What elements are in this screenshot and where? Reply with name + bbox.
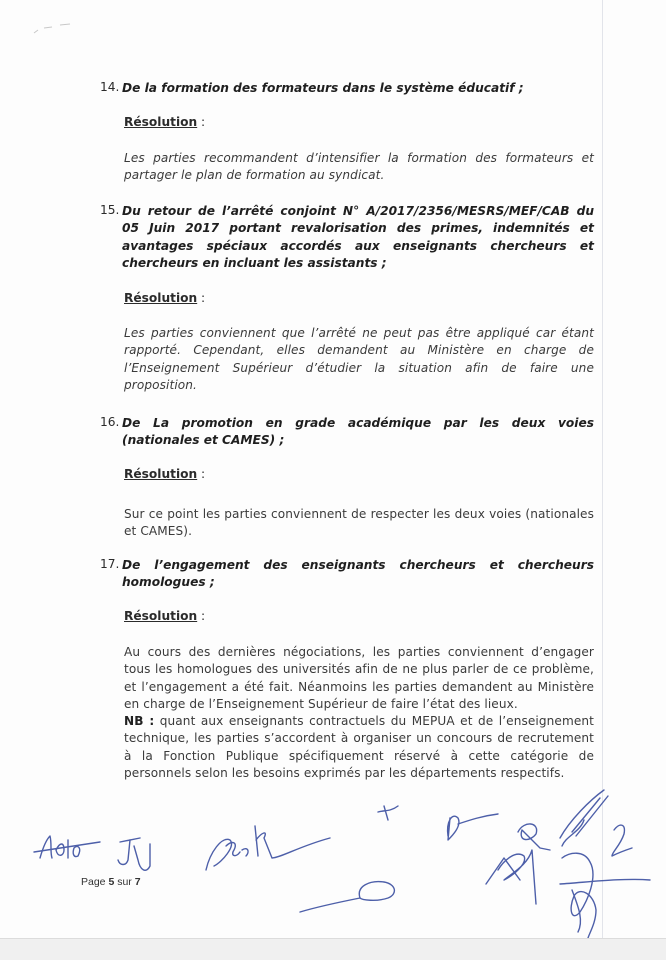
page-number: Page 5 sur 7	[81, 876, 141, 888]
agenda-item-15: 15. Du retour de l’arrêté conjoint N° A/…	[100, 203, 594, 272]
resolution-text-15: Les parties conviennent que l’arrêté ne …	[124, 325, 594, 394]
nb-label: NB :	[124, 714, 154, 728]
item-heading: De La promotion en grade académique par …	[122, 415, 594, 450]
resolution-label-text: Résolution	[124, 115, 197, 129]
scan-speck	[30, 22, 75, 36]
page-sep: sur	[114, 876, 134, 888]
nb-text: quant aux enseignants contractuels du ME…	[124, 714, 594, 780]
resolution-colon: :	[197, 467, 205, 481]
resolution-text-16: Sur ce point les parties conviennent de …	[124, 506, 594, 541]
resolution-label-text: Résolution	[124, 291, 197, 305]
agenda-item-16: 16. De La promotion en grade académique …	[100, 415, 594, 450]
resolution-label-15: Résolution :	[124, 291, 205, 305]
resolution-text-17: Au cours des dernières négociations, les…	[124, 644, 594, 782]
resolution-label-16: Résolution :	[124, 467, 205, 481]
page-total: 7	[135, 876, 141, 888]
item-heading: De la formation des formateurs dans le s…	[122, 80, 594, 97]
page-fold-line	[602, 0, 603, 938]
resolution-colon: :	[197, 609, 205, 623]
item-heading: De l’engagement des enseignants chercheu…	[122, 557, 594, 592]
resolution-label-14: Résolution :	[124, 115, 205, 129]
item-heading: Du retour de l’arrêté conjoint N° A/2017…	[122, 203, 594, 272]
resolution-label-text: Résolution	[124, 467, 197, 481]
agenda-item-17: 17. De l’engagement des enseignants cher…	[100, 557, 594, 592]
document-page	[0, 0, 666, 938]
agenda-item-14: 14. De la formation des formateurs dans …	[100, 80, 594, 97]
resolution-body: Au cours des dernières négociations, les…	[124, 645, 594, 711]
resolution-text-14: Les parties recommandent d’intensifier l…	[124, 150, 594, 185]
resolution-colon: :	[197, 115, 205, 129]
viewer-background	[0, 938, 666, 960]
item-number: 15.	[100, 203, 119, 217]
item-number: 17.	[100, 557, 119, 571]
resolution-label-text: Résolution	[124, 609, 197, 623]
page-word: Page	[81, 876, 108, 888]
resolution-label-17: Résolution :	[124, 609, 205, 623]
item-number: 16.	[100, 415, 119, 429]
resolution-colon: :	[197, 291, 205, 305]
item-number: 14.	[100, 80, 119, 94]
